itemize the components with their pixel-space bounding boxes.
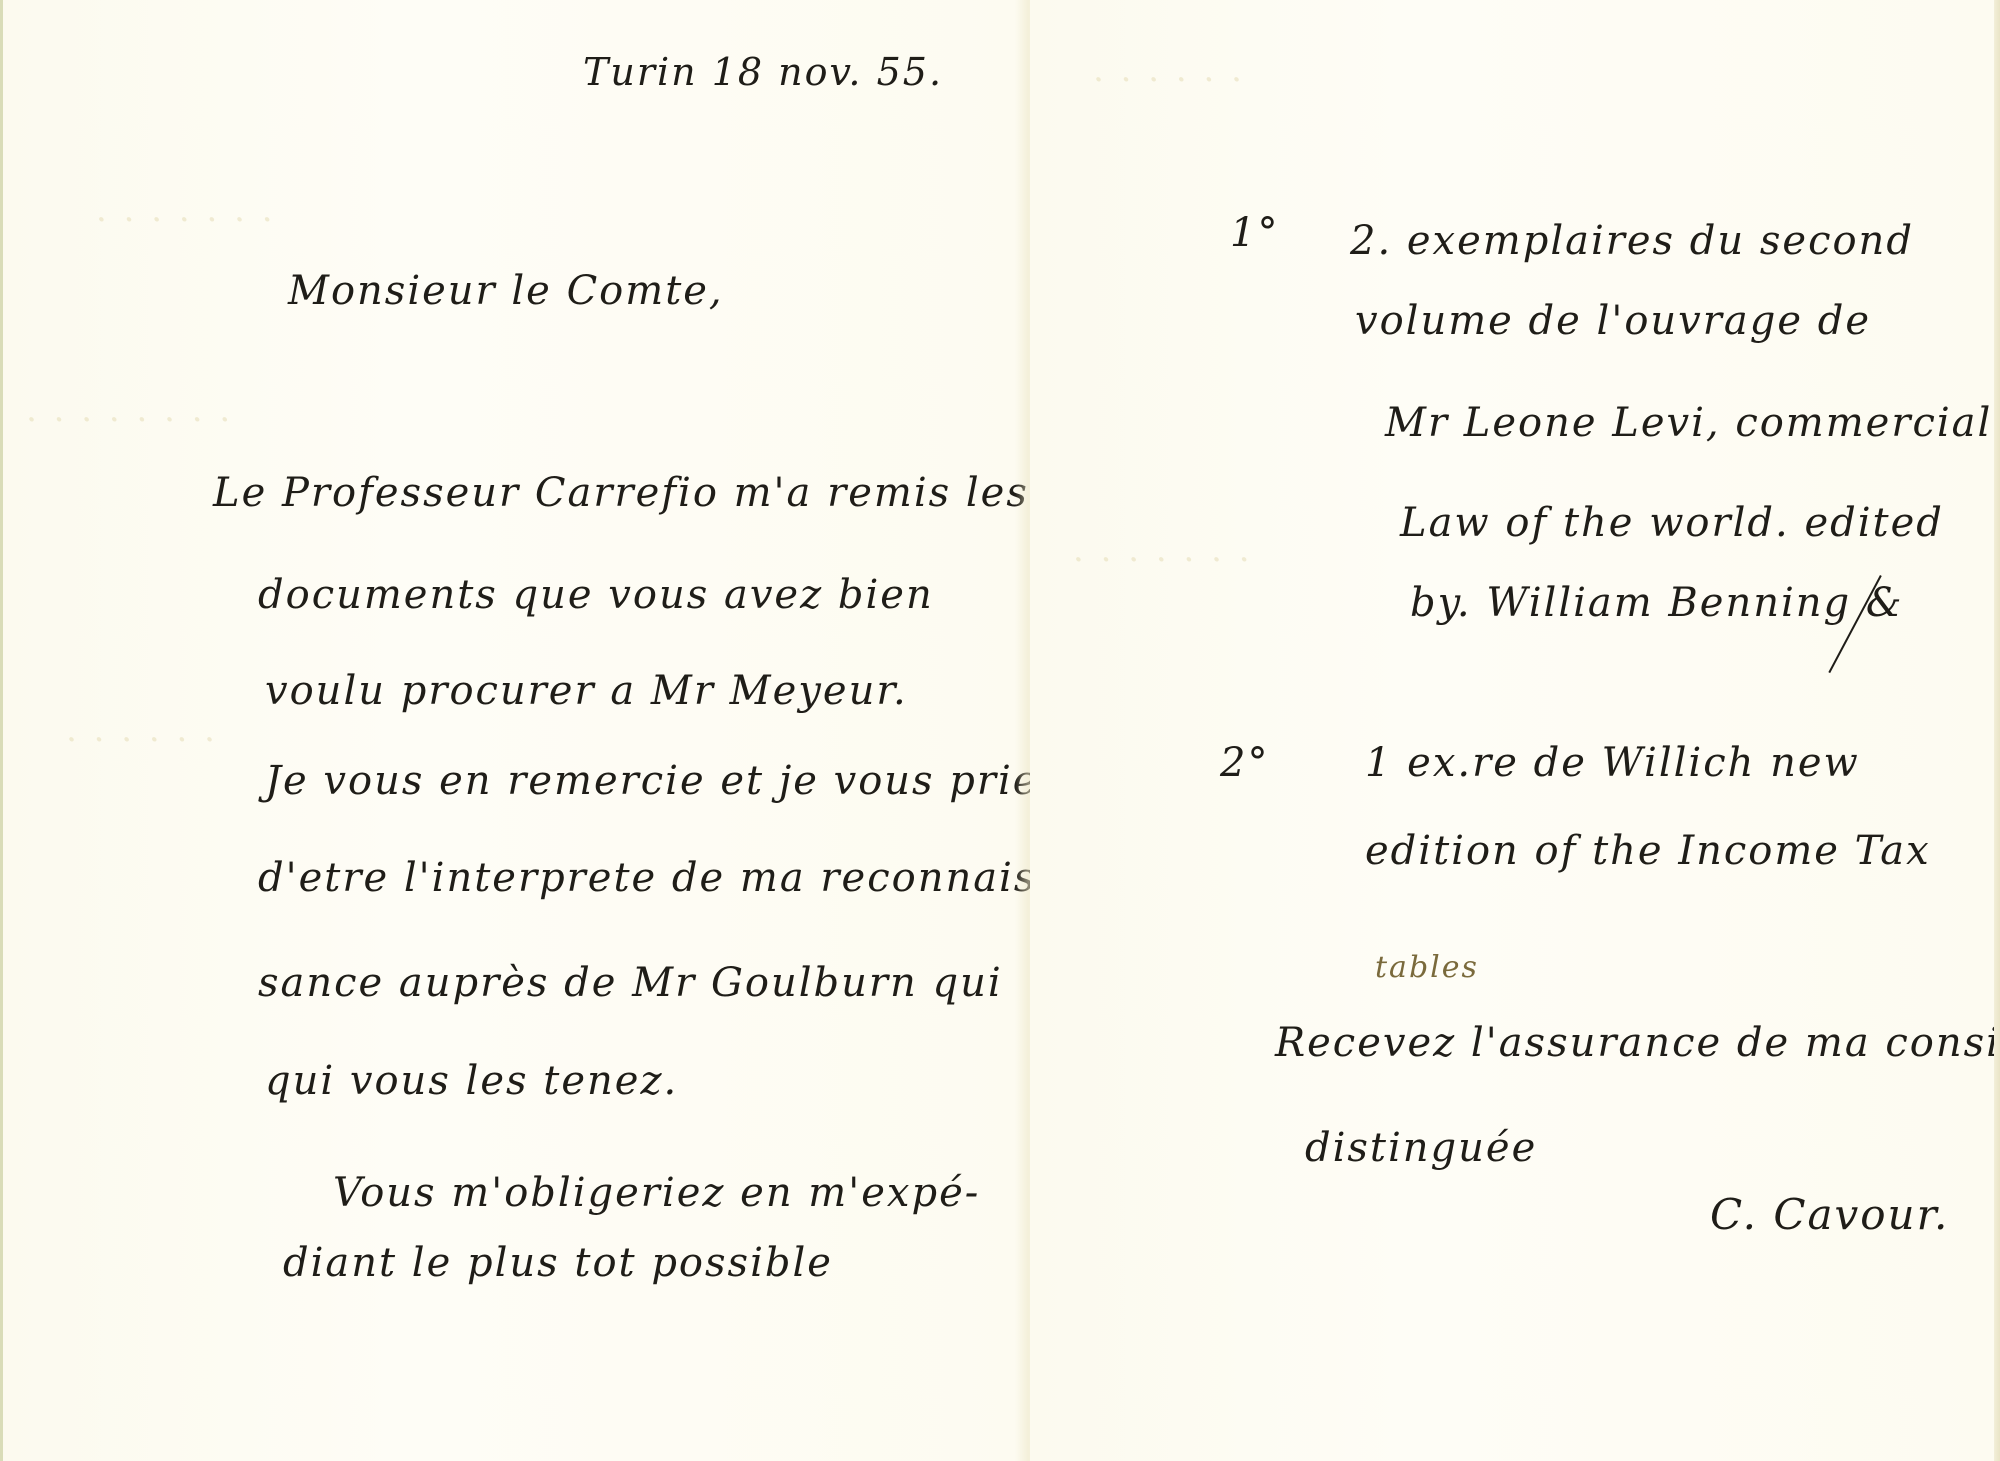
list-marker: 1°	[1230, 210, 1279, 256]
bleed-through-text: · · · · · ·	[1090, 60, 1242, 100]
body-line: documents que vous avez bien	[258, 572, 934, 618]
closing-line: Recevez l'assurance de ma considération	[1275, 1020, 2000, 1066]
signature: C. Cavour.	[1710, 1190, 1949, 1239]
bleed-through-text: · · · · · ·	[63, 720, 215, 760]
body-line: Je vous en remercie et je vous prie	[265, 758, 1038, 804]
page-edge	[1994, 0, 2000, 1461]
body-line: Le Professeur Carrefio m'a remis les	[213, 470, 1029, 516]
bleed-through-text: · · · · · · ·	[93, 200, 273, 240]
list-line: Law of the world. edited	[1400, 500, 1944, 546]
list-line: by. William Benning &	[1410, 580, 1903, 626]
body-line: sance auprès de Mr Goulburn qui	[258, 960, 1003, 1006]
list-line: Mr Leone Levi, commercial	[1385, 400, 1992, 446]
letter-spread: · · · · · · · · · · · · · · · · · · · · …	[0, 0, 2000, 1461]
list-line: edition of the Income Tax	[1365, 828, 1931, 874]
bleed-through-text: · · · · · · ·	[1070, 540, 1250, 580]
body-line: Vous m'obligeriez en m'expé-	[333, 1170, 980, 1216]
closing-line: distinguée	[1305, 1125, 1537, 1171]
salutation: Monsieur le Comte,	[288, 268, 724, 314]
body-line: qui vous les tenez.	[265, 1058, 678, 1104]
list-marker: 2°	[1220, 740, 1269, 786]
list-line: 2. exemplaires du second	[1350, 218, 1914, 264]
body-line: d'etre l'interprete de ma reconnaiss.	[258, 855, 1074, 901]
body-line: voulu procurer a Mr Meyeur.	[265, 668, 908, 714]
list-line: 1 ex.re de Willich new	[1365, 740, 1860, 786]
body-line: diant le plus tot possible	[283, 1240, 833, 1286]
bleed-through-text: · · · · · · · ·	[23, 400, 230, 440]
right-page: · · · · · · · · · · · · · 1° 2. exemplai…	[1030, 0, 2000, 1461]
left-page: · · · · · · · · · · · · · · · · · · · · …	[0, 0, 1030, 1461]
dateline: Turin 18 nov. 55.	[583, 50, 943, 94]
inserted-word: tables	[1375, 950, 1479, 985]
list-line: volume de l'ouvrage de	[1355, 298, 1871, 344]
